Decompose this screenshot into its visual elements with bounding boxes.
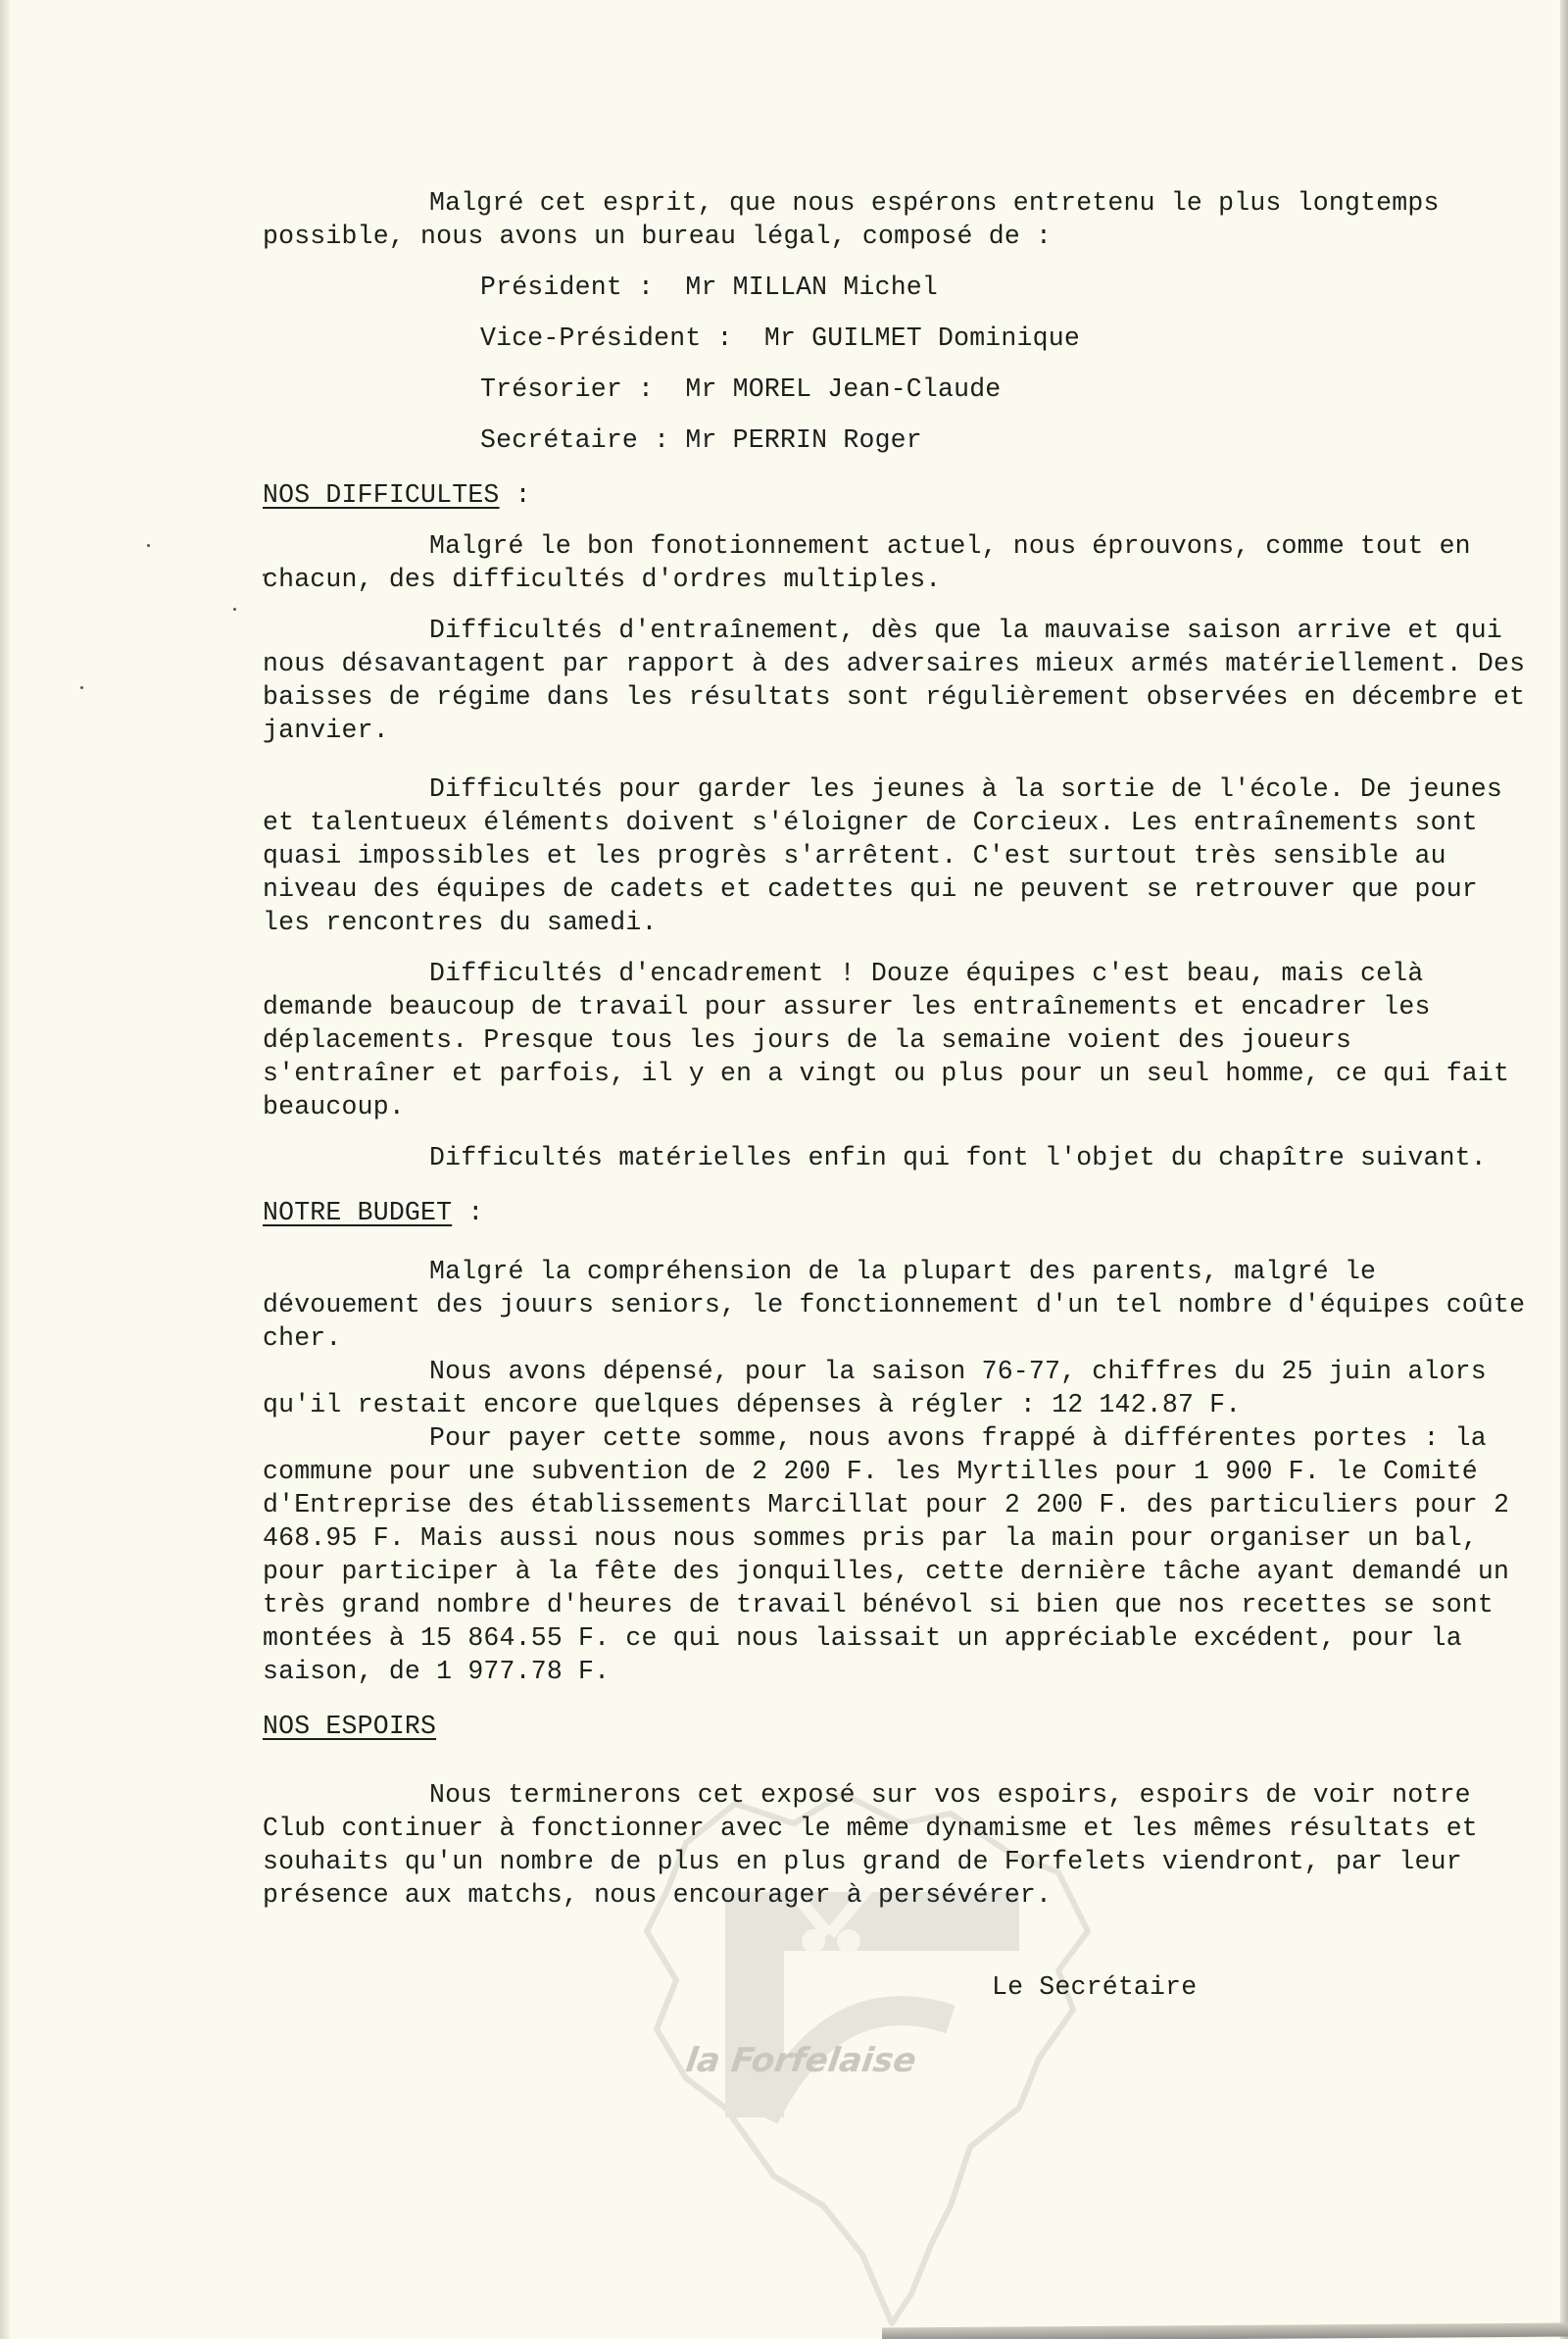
signature: Le Secrétaire — [992, 1970, 1527, 2004]
watermark-text: la Forfelaise — [683, 2041, 918, 2080]
page-bottom-edge — [882, 2323, 1568, 2339]
paper-speck — [147, 544, 150, 547]
officer-name: Mr PERRIN Roger — [685, 425, 922, 455]
officer-name: Mr GUILMET Dominique — [764, 323, 1080, 353]
officer-secretaire: Secrétaire : Mr PERRIN Roger — [480, 423, 1527, 457]
paper-speck — [80, 686, 83, 689]
paragraph: Nous terminerons cet exposé sur vos espo… — [263, 1778, 1527, 1912]
paper-speck — [263, 573, 266, 576]
bureau-list: Président : Mr MILLAN Michel Vice-Présid… — [263, 271, 1527, 457]
page-binding-edge — [0, 0, 10, 2339]
paragraph: Difficultés pour garder les jeunes à la … — [263, 772, 1527, 939]
officer-name: Mr MOREL Jean-Claude — [685, 374, 1001, 404]
officer-role: Secrétaire : — [480, 425, 669, 455]
officer-vice-president: Vice-Président : Mr GUILMET Dominique — [480, 322, 1527, 355]
paragraph: Pour payer cette somme, nous avons frapp… — [263, 1421, 1527, 1688]
section-heading-espoirs: NOS ESPOIRS — [263, 1710, 1527, 1743]
officer-name: Mr MILLAN Michel — [685, 273, 938, 302]
officer-role: Trésorier : — [480, 374, 654, 404]
section-heading-budget: NOTRE BUDGET : — [263, 1196, 1527, 1229]
paragraph: Difficultés d'encadrement ! Douze équipe… — [263, 957, 1527, 1123]
paragraph: Nous avons dépensé, pour la saison 76-77… — [263, 1355, 1527, 1421]
page-right-edge — [1560, 0, 1568, 2339]
section-heading-difficultes: NOS DIFFICULTES : — [263, 478, 1527, 512]
intro-paragraph: Malgré cet esprit, que nous espérons ent… — [263, 186, 1527, 253]
officer-tresorier: Trésorier : Mr MOREL Jean-Claude — [480, 373, 1527, 406]
officer-role: Vice-Président : — [480, 323, 733, 353]
paragraph: Difficultés matérielles enfin qui font l… — [263, 1141, 1527, 1174]
officer-president: Président : Mr MILLAN Michel — [480, 271, 1527, 304]
document-body: Malgré cet esprit, que nous espérons ent… — [263, 186, 1527, 2004]
paper-speck — [233, 608, 236, 611]
paragraph: Malgré la compréhension de la plupart de… — [263, 1255, 1527, 1355]
showthrough-title — [314, 98, 402, 198]
paragraph: Difficultés d'entraînement, dès que la m… — [263, 614, 1527, 747]
officer-role: Président : — [480, 273, 654, 302]
paragraph: Malgré le bon fonotionnement actuel, nou… — [263, 529, 1527, 596]
